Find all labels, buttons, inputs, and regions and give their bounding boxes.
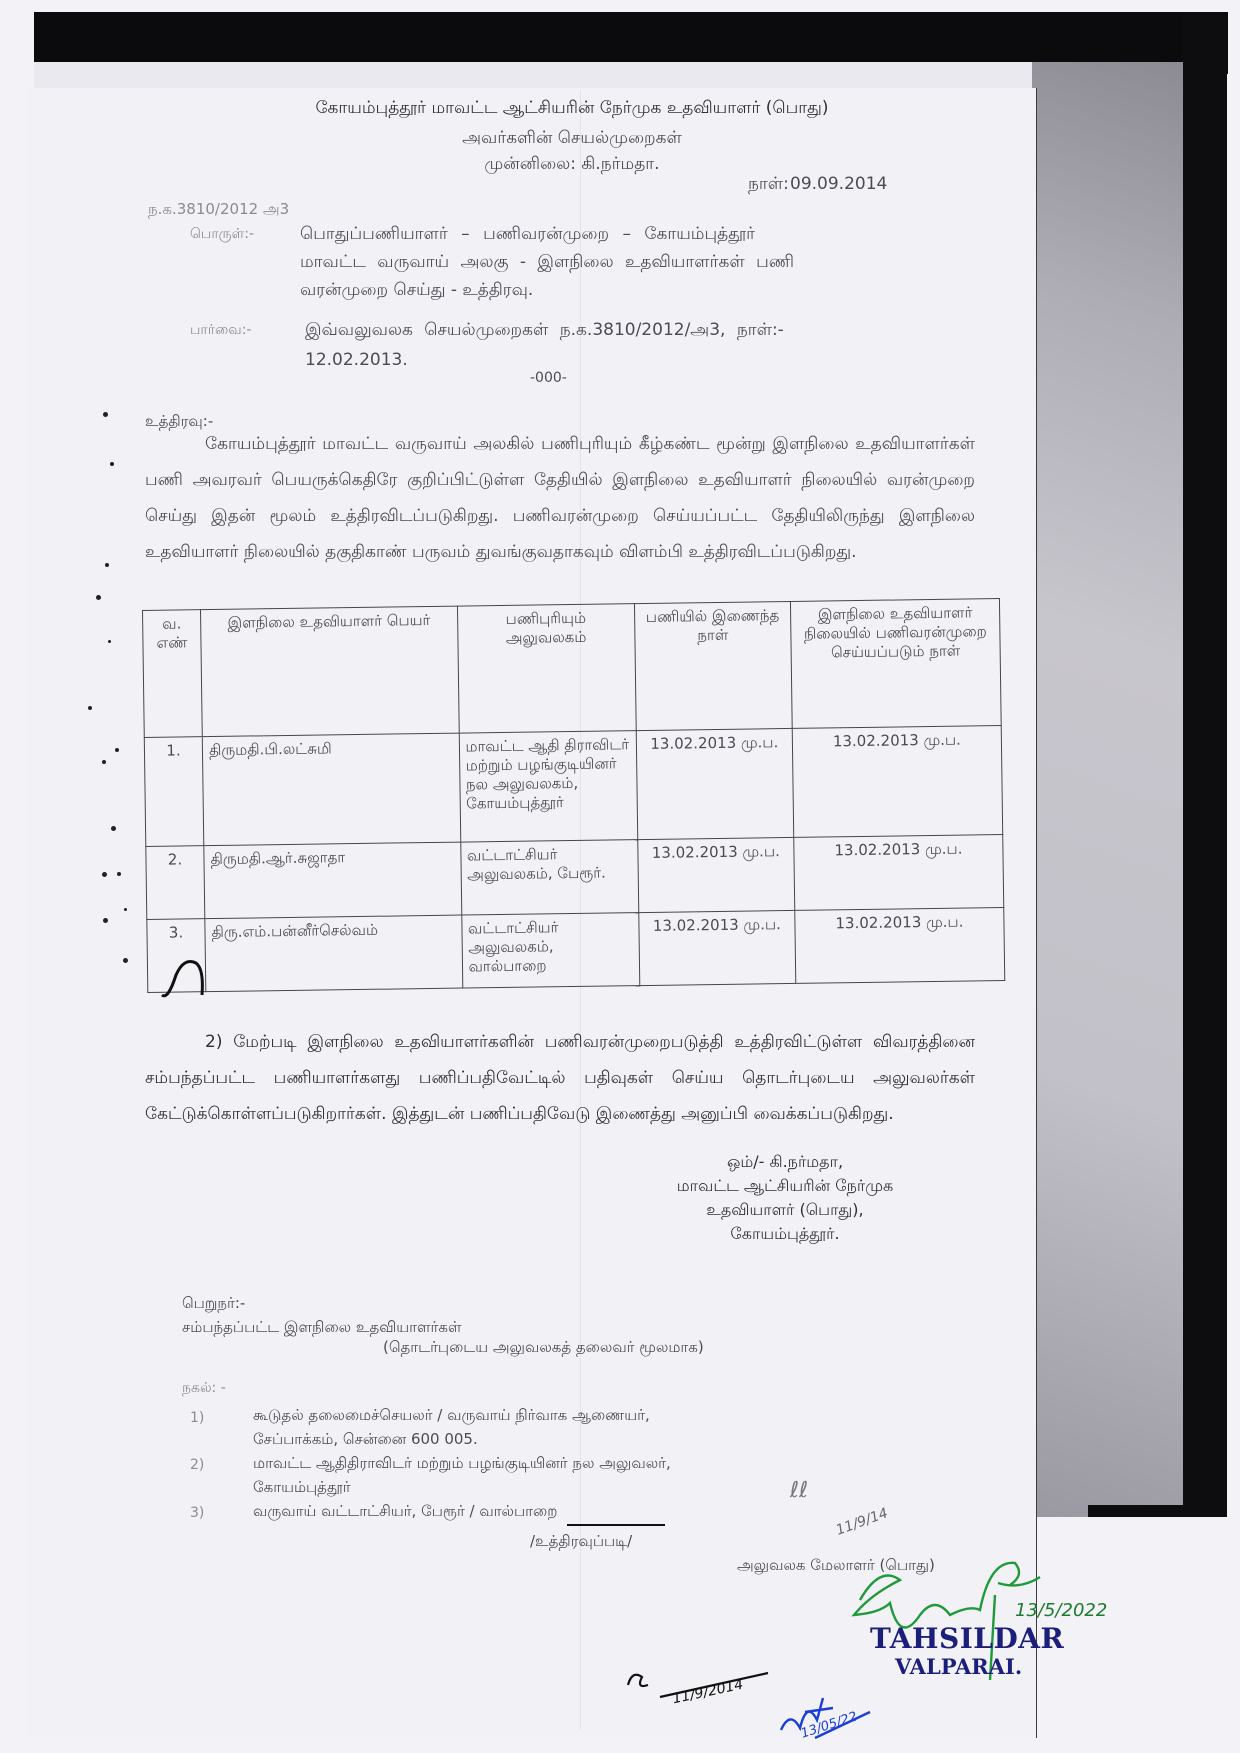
table-header-row: வ. எண் இளநிலை உதவியாளர் பெயர் பணிபுரியும… <box>143 599 1002 738</box>
header-subtitle: அவர்களின் செயல்முறைகள் <box>252 128 892 150</box>
date-value: 09.09.2014 <box>790 174 887 194</box>
underline-valparai <box>567 1524 665 1526</box>
subject-line-1: பொதுப்பணியாளர் – பணிவரன்முறை – கோயம்புத்… <box>300 224 755 246</box>
cell-office: மாவட்ட ஆதி திராவிடர் மற்றும் பழங்குடியின… <box>459 731 638 842</box>
cell-sno: 2. <box>146 846 205 920</box>
order-paragraph: கோயம்புத்தூர் மாவட்ட வருவாய் அலகில் பணிப… <box>145 426 975 570</box>
recipient-line-2: (தொடர்புடைய அலுவலகத் தலைவர் மூலமாக) <box>383 1338 704 1358</box>
scan-border-right <box>1183 12 1227 1517</box>
copy-item-no: 1) <box>190 1410 204 1426</box>
cell-name: திருமதி.பி.லட்சுமி <box>202 733 460 846</box>
stamp-place: VALPARAI. <box>895 1654 1022 1679</box>
header-presence: முன்னிலை: கி.நர்மதா. <box>252 154 892 176</box>
cell-joined: 13.02.2013 மு.ப. <box>638 837 795 912</box>
signatory-designation-1: மாவட்ட ஆட்சியரின் நேர்முக <box>640 1174 930 1198</box>
subject-label: பொருள்:- <box>190 226 254 244</box>
handwritten-initial: ℓℓ <box>790 1478 808 1503</box>
date-label: நாள்: <box>748 174 789 196</box>
cell-joined: 13.02.2013 மு.ப. <box>639 910 796 985</box>
reference-label: பார்வை:- <box>190 322 251 340</box>
col-name: இளநிலை உதவியாளர் பெயர் <box>201 606 459 737</box>
recipient-line-1: சம்பந்தப்பட்ட இளநிலை உதவியாளர்கள் <box>182 1318 462 1338</box>
scan-shadow-right <box>1032 62 1184 1517</box>
separator: -000- <box>530 370 567 386</box>
tick-mark-icon <box>158 955 228 1005</box>
cell-joined: 13.02.2013 மு.ப. <box>636 728 794 839</box>
cell-regularised: 13.02.2013 மு.ப. <box>794 835 1004 911</box>
copy-item-2-line-2: கோயம்புத்தூர் <box>253 1478 351 1498</box>
cell-name: திருமதி.ஆர்.சுஜாதா <box>204 842 461 919</box>
as-ordered: /உத்திரவுப்படி/ <box>530 1532 632 1552</box>
copy-label: நகல்: - <box>182 1380 226 1398</box>
signatory-designation-2: உதவியாளர் (பொது), <box>640 1198 930 1222</box>
copy-item-no: 3) <box>190 1505 204 1521</box>
copy-item-1-line-2: சேப்பாக்கம், சென்னை 600 005. <box>253 1430 478 1450</box>
table-row: 3. திரு.எம்.பன்னீர்செல்வம் வட்டாட்சியர் … <box>147 907 1005 992</box>
reference-line-2: 12.02.2013. <box>305 350 408 370</box>
cell-office: வட்டாட்சியர் அலுவலகம், பேரூர். <box>460 840 638 915</box>
copy-item-3-line-1: வருவாய் வட்டாட்சியர், பேரூர் / வால்பாறை <box>253 1502 557 1522</box>
reference-line-1: இவ்வலுவலக செயல்முறைகள் ந.க.3810/2012/அ3,… <box>305 320 784 342</box>
col-office: பணிபுரியும் அலுவலகம் <box>457 604 636 733</box>
green-sign-date: 13/5/2022 <box>1015 1600 1107 1621</box>
table-row: 1. திருமதி.பி.லட்சுமி மாவட்ட ஆதி திராவிட… <box>144 726 1002 847</box>
reference-number: ந.க.3810/2012 அ3 <box>148 200 289 220</box>
col-joined: பணியில் இணைந்த நாள் <box>634 601 792 730</box>
cell-sno: 1. <box>144 737 204 847</box>
subject-line-3: வரன்முறை செய்து - உத்திரவு. <box>300 280 533 302</box>
table-row: 2. திருமதி.ஆர்.சுஜாதா வட்டாட்சியர் அலுவல… <box>146 835 1004 920</box>
subject-line-2: மாவட்ட வருவாய் அலகு - இளநிலை உதவியாளர்கள… <box>300 252 794 274</box>
copy-item-no: 2) <box>190 1457 204 1473</box>
col-regularised: இளநிலை உதவியாளர் நிலையில் பணிவரன்முறை செ… <box>790 599 1001 729</box>
signatory-place: கோயம்புத்தூர். <box>640 1222 930 1246</box>
stamp-title: TAHSILDAR <box>870 1622 1064 1655</box>
signatory-block: ஒம்/- கி.நர்மதா, மாவட்ட ஆட்சியரின் நேர்ம… <box>640 1150 930 1246</box>
cell-regularised: 13.02.2013 மு.ப. <box>795 907 1005 983</box>
copy-item-2-line-1: மாவட்ட ஆதிதிராவிடர் மற்றும் பழங்குடியினர… <box>253 1454 671 1474</box>
signatory-name: ஒம்/- கி.நர்மதா, <box>640 1150 930 1174</box>
recipient-label: பெறுநர்:- <box>182 1294 245 1314</box>
scan-border-bottom-right <box>1088 1505 1186 1517</box>
cell-office: வட்டாட்சியர் அலுவலகம், வால்பாறை <box>461 913 639 988</box>
cell-name: திரு.எம்.பன்னீர்செல்வம் <box>205 915 462 992</box>
copy-item-1-line-1: கூடுதல் தலைமைச்செயலர் / வருவாய் நிர்வாக … <box>253 1406 650 1426</box>
header-title: கோயம்புத்தூர் மாவட்ட ஆட்சியரின் நேர்முக … <box>252 98 892 120</box>
regularisation-table: வ. எண் இளநிலை உதவியாளர் பெயர் பணிபுரியும… <box>142 598 1005 993</box>
col-sno: வ. எண் <box>143 610 203 738</box>
cell-regularised: 13.02.2013 மு.ப. <box>792 726 1003 838</box>
paragraph-2: 2) மேற்படி இளநிலை உதவியாளர்களின் பணிவரன்… <box>145 1024 975 1132</box>
blue-initial-icon <box>775 1690 875 1745</box>
